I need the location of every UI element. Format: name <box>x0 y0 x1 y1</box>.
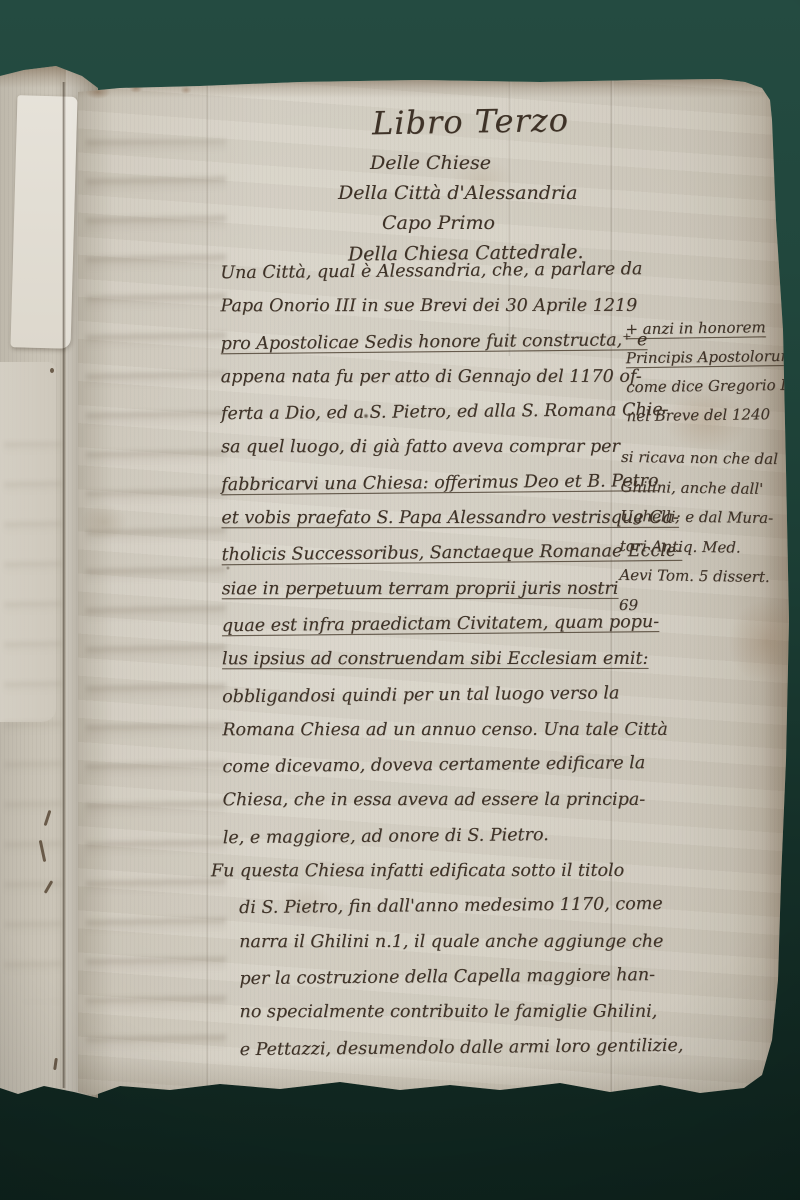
body-line: narra il Ghilini n.1, il quale anche agg… <box>239 924 683 960</box>
margin-note-line: Aevi Tom. 5 dissert. <box>619 561 776 593</box>
page-title: Libro Terzo <box>372 100 641 143</box>
margin-note-2: si ricava non che dal Ghilini, anche dal… <box>619 443 778 622</box>
binding-stitch <box>50 368 54 373</box>
body-line: Romana Chiesa ad un annuo censo. Una tal… <box>222 713 682 749</box>
body-line: tholicis Successoribus, Sanctaeque Roman… <box>221 534 681 574</box>
margin-note-line: nel Breve del 1240 <box>626 400 797 431</box>
page-top-edge-stain <box>78 76 792 98</box>
ink-bleedthrough <box>86 140 226 1060</box>
margin-note-line: tori Antiq. Med. <box>620 531 777 563</box>
binding-stitch <box>53 1058 58 1070</box>
body-line: lus ipsius ad construendam sibi Ecclesia… <box>222 642 682 678</box>
margin-note-line: Principis Apostolorum <box>626 342 797 373</box>
body-line: per la costruzione della Capella maggior… <box>239 958 683 998</box>
body-line: Papa Onorio III in sue Brevi dei 30 Apri… <box>220 289 680 325</box>
body-line: di S. Pietro, fin dall'anno medesimo 117… <box>239 887 683 927</box>
margin-note-line: Ughelli; e dal Mura- <box>620 502 777 534</box>
margin-note-line: 69 <box>619 590 776 622</box>
body-line: quae est infra praedictam Civitatem, qua… <box>222 605 682 645</box>
manuscript-page: Libro Terzo Delle Chiese Della Città d'A… <box>78 76 792 1100</box>
body-line: appena nata fu per atto di Gennajo del 1… <box>221 360 681 396</box>
body-line: siae in perpetuum terram proprii juris n… <box>222 571 682 607</box>
body-line: Una Città, qual è Alessandria, che, a pa… <box>220 252 680 292</box>
margin-note-line: + anzi in honorem <box>625 313 796 344</box>
body-line: le, e maggiore, ad onore di S. Pietro. <box>223 817 683 857</box>
body-line: obbligandosi quindi per un tal luogo ver… <box>222 675 682 715</box>
body-line: Chiesa, che in essa aveva ad essere la p… <box>223 783 683 819</box>
heading-line: Capo Primo <box>382 212 640 242</box>
margin-note-line: si ricava non che dal <box>621 443 778 475</box>
page-heading: Libro Terzo Delle Chiese Della Città d'A… <box>300 102 640 272</box>
body-line: e Pettazzi, desumendolo dalle armi loro … <box>240 1028 684 1068</box>
body-line: no specialmente contribuito le famiglie … <box>240 995 684 1031</box>
manuscript-photo: Libro Terzo Delle Chiese Della Città d'A… <box>0 0 800 1200</box>
body-line: Fu questa Chiesa infatti edificata sotto… <box>211 854 683 890</box>
body-line: come dicevamo, doveva certamente edifica… <box>222 746 682 786</box>
body-line: fabbricarvi una Chiesa: offerimus Deo et… <box>221 464 681 504</box>
heading-line: Delle Chiese <box>370 152 640 182</box>
margin-note-line: Ghilini, anche dall' <box>620 472 777 504</box>
body-line: pro Apostolicae Sedis honore fuit constr… <box>220 322 680 362</box>
body-line: sa quel luogo, di già fatto aveva compra… <box>221 430 681 466</box>
body-line: et vobis praefato S. Papa Alessandro ves… <box>221 501 681 537</box>
manuscript-body: Una Città, qual è Alessandria, che, a pa… <box>220 253 684 1067</box>
margin-note-1: + anzi in honorem Principis Apostolorum … <box>625 313 797 431</box>
margin-note-line: come dice Gregorio IX <box>626 371 797 402</box>
body-line: ferta a Dio, ed a S. Pietro, ed alla S. … <box>221 393 681 433</box>
ink-bleedthrough-left-leaf <box>4 442 62 1002</box>
heading-line: Della Città d'Alessandria <box>338 182 640 212</box>
